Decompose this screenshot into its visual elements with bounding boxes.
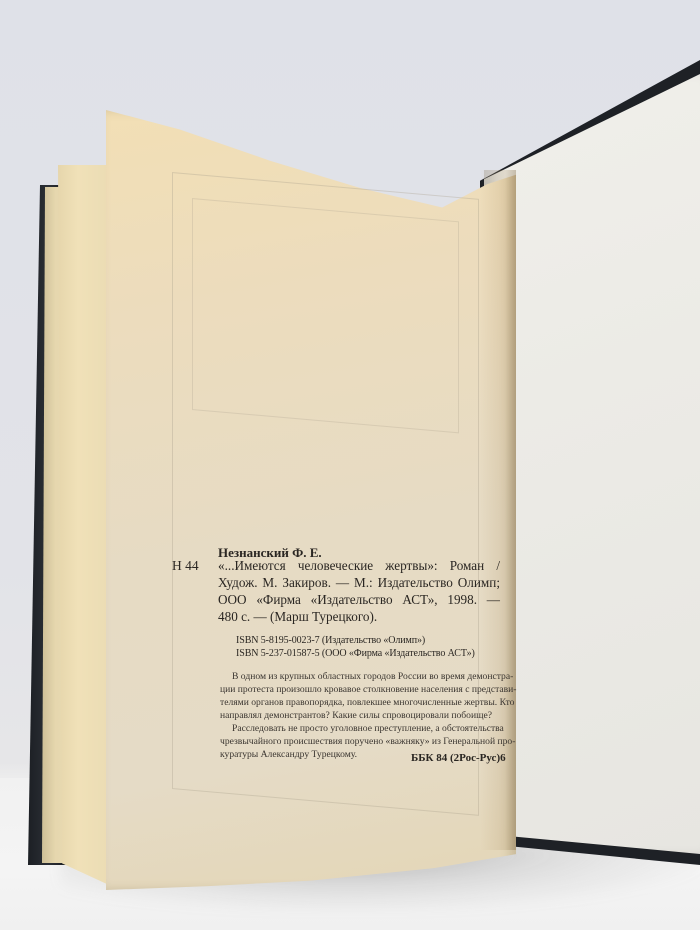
biblio-line: ООО «Фирма «Издательство АСТ», 1998. — [218, 591, 500, 608]
annotation-line: Расследовать не просто уголовное преступ… [220, 722, 498, 735]
annotation-line: телями органов правопорядка, повлекшее м… [220, 696, 498, 709]
biblio-line: Худож. М. Закиров. — М.: Издательство Ол… [218, 574, 500, 591]
isbn-line: ISBN 5-237-01587-5 (ООО «Фирма «Издатель… [236, 647, 475, 660]
annotation-line: направлял демонстрантов? Какие силы спро… [220, 709, 498, 722]
biblio-line: «...Имеются человеческие жертвы»: Роман … [218, 557, 500, 574]
blank-right-page [484, 74, 700, 854]
isbn-line: ISBN 5-8195-0023-7 (Издательство «Олимп»… [236, 634, 475, 647]
bibliographic-record: «...Имеются человеческие жертвы»: Роман … [218, 557, 500, 625]
annotation-line: В одном из крупных областных городов Рос… [220, 670, 498, 683]
bbk-classification: ББК 84 (2Рос-Рус)6 [411, 752, 506, 764]
annotation-line: чрезвычайного происшествия поручено «важ… [220, 735, 498, 748]
biblio-line: 480 с. — (Марш Турецкого). [218, 608, 500, 625]
catalog-code: Н 44 [172, 558, 199, 574]
show-through-inner-frame [192, 198, 459, 433]
annotation-line: ции протеста произошло кровавое столкнов… [220, 683, 498, 696]
page-stack-fanned [58, 165, 109, 885]
isbn-block: ISBN 5-8195-0023-7 (Издательство «Олимп»… [236, 634, 475, 660]
annotation: В одном из крупных областных городов Рос… [220, 670, 498, 761]
